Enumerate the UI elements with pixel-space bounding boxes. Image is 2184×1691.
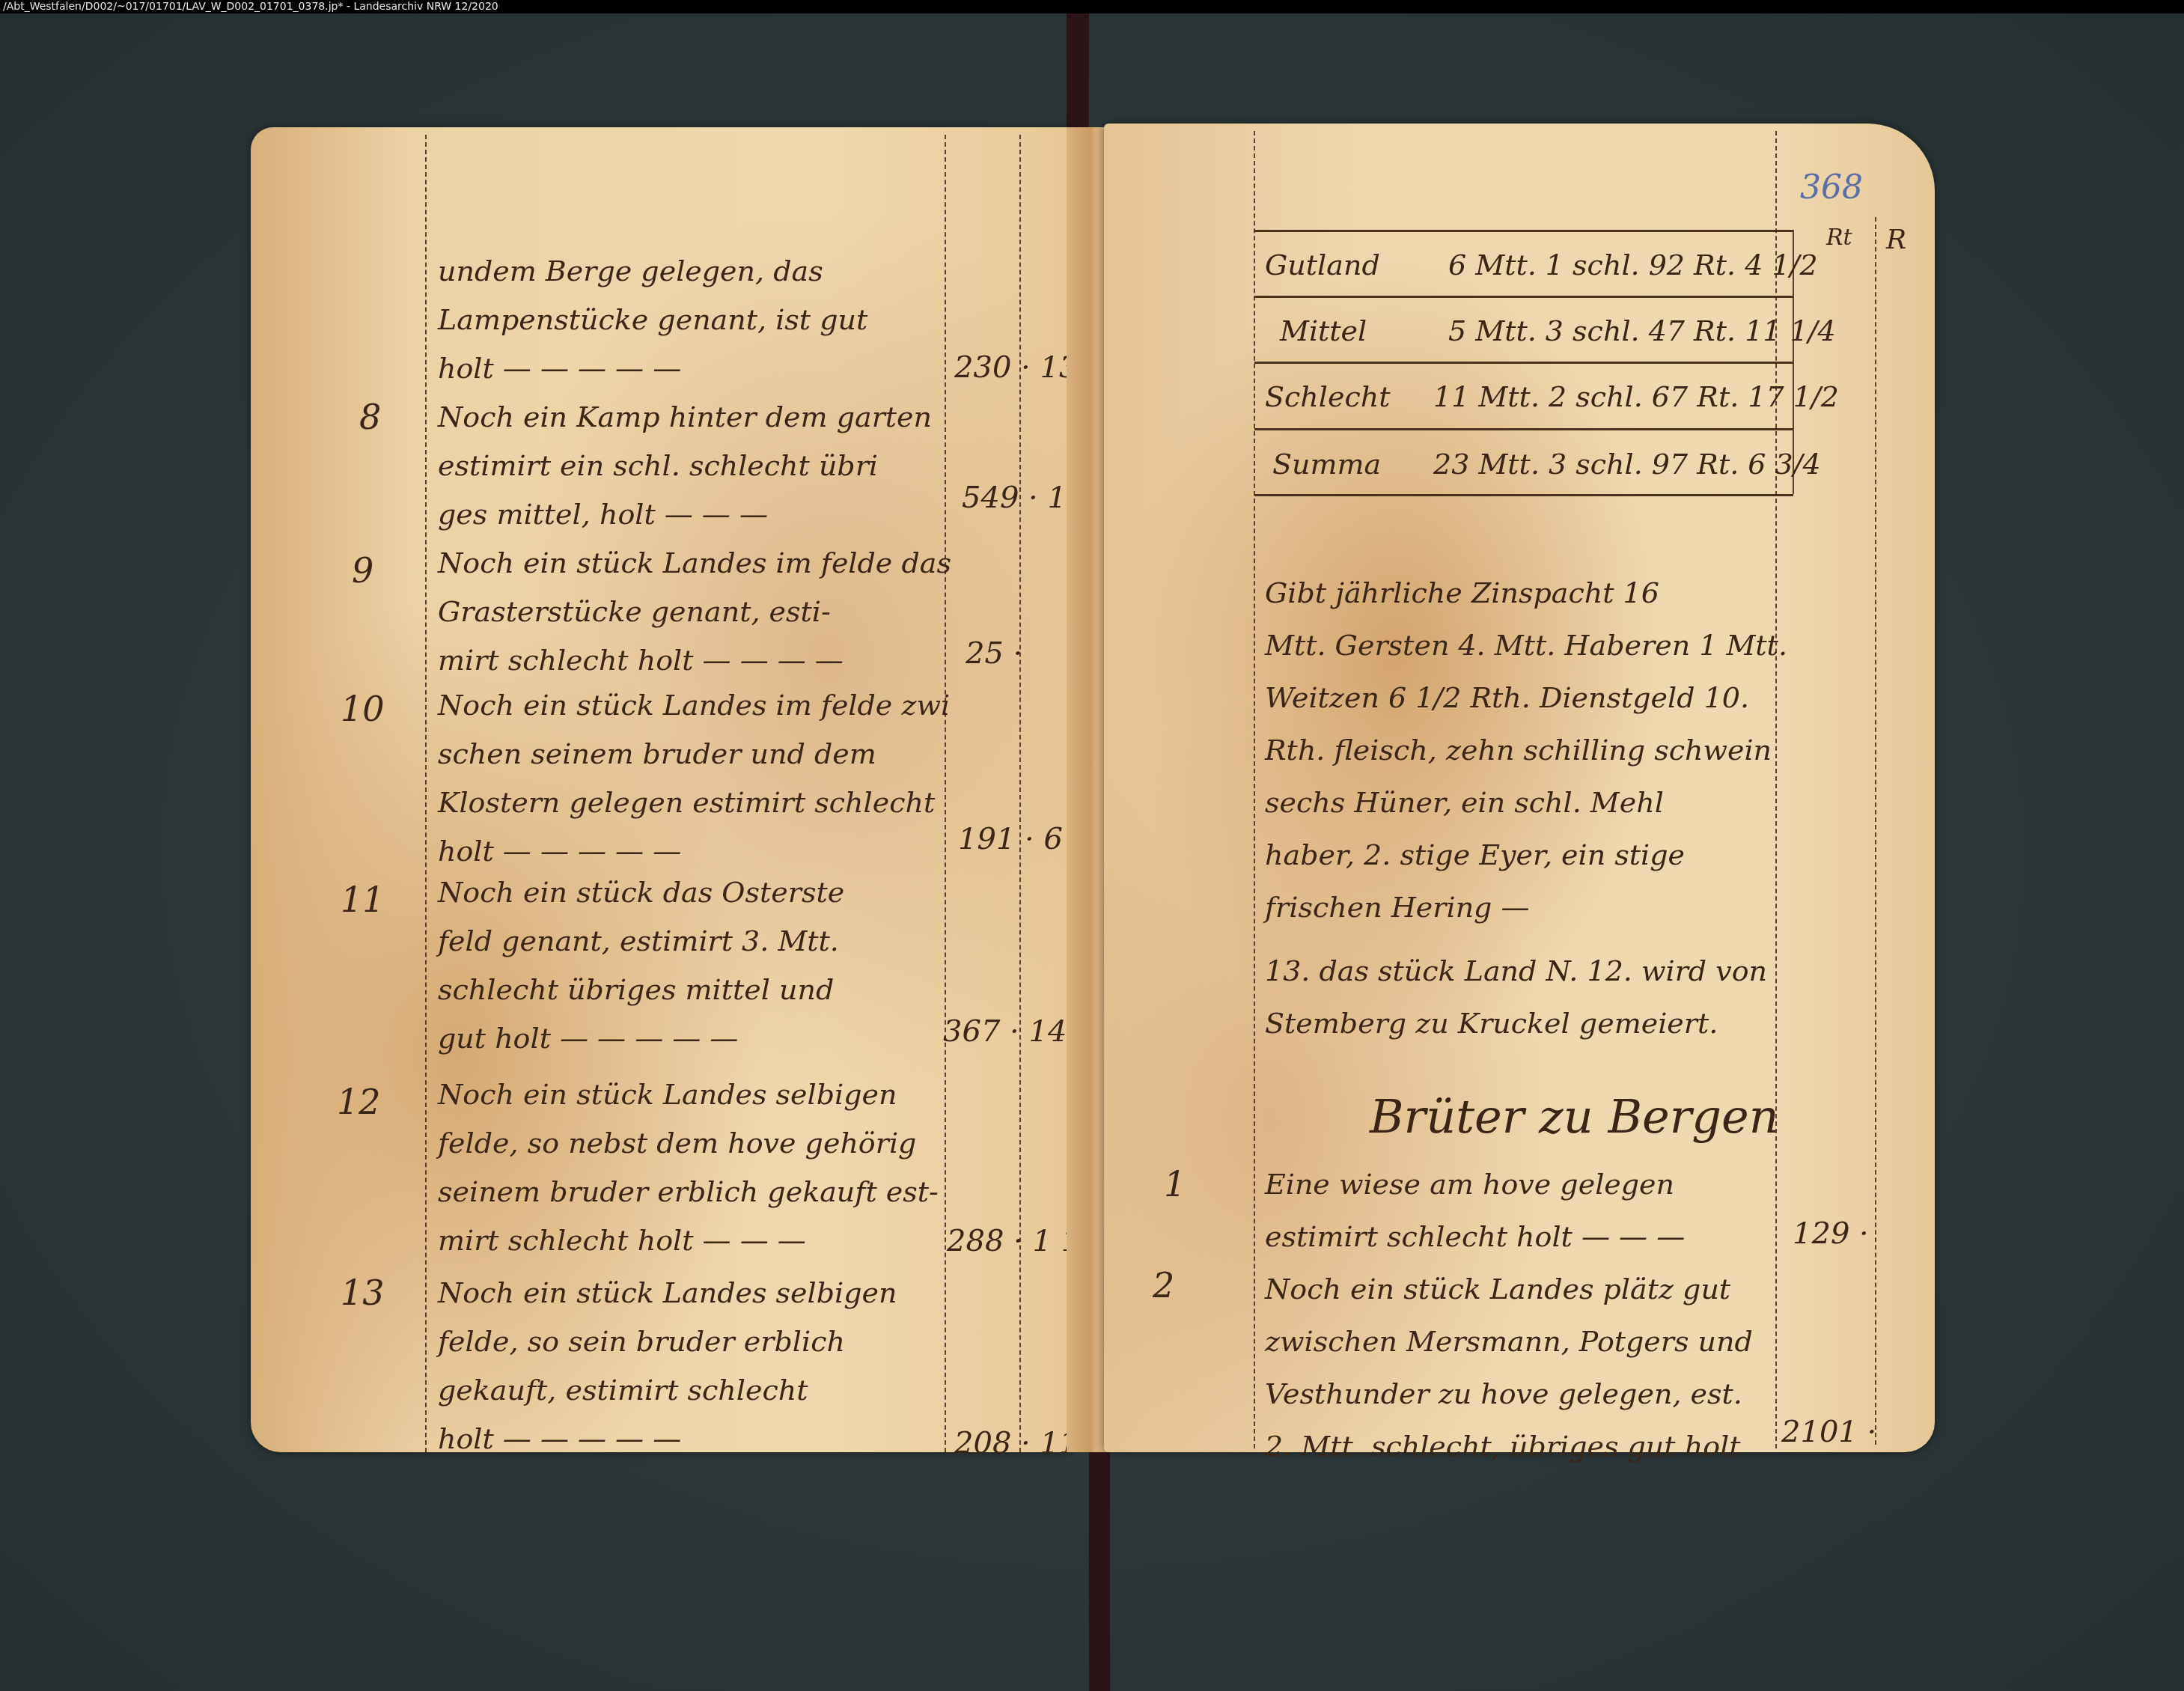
entry-line: holt — — — — —	[438, 1422, 681, 1455]
window-title-bar: /Abt_Westfalen/D002/~017/01701/LAV_W_D00…	[0, 0, 2184, 13]
paragraph-line: sechs Hüner, ein schl. Mehl	[1265, 786, 1664, 819]
entry-amount: 549 · 1	[962, 481, 1067, 515]
entry-line: felde, so nebst dem hove gehörig	[438, 1127, 916, 1160]
table-row-value: 23 Mtt. 3 schl. 97 Rt. 6 3/4	[1433, 448, 1821, 481]
entry-line: holt — — — — —	[438, 835, 681, 868]
bookmark-ribbon-bottom	[1089, 1445, 1110, 1691]
entry-line: Noch ein stück das Osterste	[438, 876, 844, 909]
entry-number: 9	[352, 550, 373, 591]
entry-amount: 2101 ·	[1781, 1415, 1876, 1449]
table-rule	[1254, 428, 1793, 430]
table-row-value: 6 Mtt. 1 schl. 92 Rt. 4 1/2	[1448, 249, 1818, 281]
column-mark-rt: Rt	[1826, 225, 1852, 251]
entry-line: feld genant, estimirt 3. Mtt.	[438, 924, 839, 957]
entry-line: mirt schlecht holt — — —	[438, 1224, 806, 1257]
entry-number: 13	[341, 1273, 385, 1313]
note-line: Stemberg zu Kruckel gemeiert.	[1265, 1007, 1718, 1040]
window-title: /Abt_Westfalen/D002/~017/01701/LAV_W_D00…	[3, 1, 498, 13]
entry-line: gut holt — — — — —	[438, 1022, 738, 1055]
table-row-value: 11 Mtt. 2 schl. 67 Rt. 17 1/2	[1433, 380, 1839, 413]
entry-line: Eine wiese am hove gelegen	[1265, 1168, 1674, 1201]
entry-number: 12	[337, 1082, 381, 1122]
entry-amount: 25 ·	[966, 636, 1022, 671]
entry-line: Noch ein stück Landes selbigen	[438, 1078, 897, 1111]
entry-number: 2	[1153, 1265, 1174, 1305]
column-mark-r: R	[1886, 225, 1906, 255]
left-page-amount-rule-1	[945, 135, 946, 1452]
table-row-value: 5 Mtt. 3 schl. 47 Rt. 11 1/4	[1448, 314, 1836, 347]
entry-line: estimirt ein schl. schlecht übri	[438, 449, 878, 482]
entry-amount: 367 · 14	[943, 1014, 1067, 1049]
entry-line: Noch ein stück Landes im felde das	[438, 546, 951, 579]
right-page-margin-rule	[1254, 131, 1255, 1448]
entry-line: Noch ein Kamp hinter dem garten	[438, 400, 932, 433]
entry-line: seinem bruder erblich gekauft est-	[438, 1175, 939, 1208]
entry-line: Noch ein stück Landes im felde zwi	[438, 689, 950, 722]
paragraph-line: haber, 2. stige Eyer, ein stige	[1265, 838, 1685, 871]
table-rule	[1254, 230, 1793, 232]
right-page-amount-rule-2	[1875, 217, 1876, 1445]
table-row-label: Gutland	[1265, 249, 1380, 281]
entry-number: 1	[1164, 1164, 1186, 1204]
entry-line: Noch ein stück Landes selbigen	[438, 1276, 897, 1309]
note-line: 13. das stück Land N. 12. wird von	[1265, 954, 1767, 987]
paragraph-line: Weitzen 6 1/2 Rth. Dienstgeld 10.	[1265, 681, 1749, 714]
table-row-label: Summa	[1272, 448, 1381, 481]
paragraph-line: Rth. fleisch, zehn schilling schwein	[1265, 734, 1772, 767]
entry-number: 8	[359, 397, 381, 437]
paragraph-line: frischen Hering —	[1265, 891, 1530, 924]
entry-line: Grasterstücke genant, esti-	[438, 595, 831, 628]
paragraph-line: Gibt jährliche Zinspacht 16	[1265, 576, 1659, 609]
table-rule	[1254, 296, 1793, 298]
table-row-label: Mittel	[1280, 314, 1367, 347]
entry-line: gekauft, estimirt schlecht	[438, 1374, 808, 1407]
section-heading: Brüter zu Bergen	[1370, 1089, 1779, 1144]
entry-amount: 208 · 11	[954, 1426, 1078, 1460]
entry-line: Klostern gelegen estimirt schlecht	[438, 786, 935, 819]
table-rule	[1254, 362, 1793, 364]
table-row-label: Schlecht	[1265, 380, 1390, 413]
entry-line: felde, so sein bruder erblich	[438, 1325, 845, 1358]
entry-number: 11	[341, 880, 385, 920]
entry-line: ges mittel, holt — — —	[438, 498, 768, 531]
entry-line: undem Berge gelegen, das	[438, 255, 823, 287]
entry-line: schen seinem bruder und dem	[438, 737, 876, 770]
entry-line: mirt schlecht holt — — — —	[438, 644, 844, 677]
left-page-margin-rule	[425, 135, 427, 1452]
entry-amount: 129 ·	[1793, 1216, 1869, 1251]
entry-line: zwischen Mersmann, Potgers und	[1265, 1325, 1753, 1358]
entry-line: Noch ein stück Landes plätz gut	[1265, 1273, 1730, 1305]
folio-number: 368	[1800, 168, 1863, 207]
paragraph-line: Mtt. Gersten 4. Mtt. Haberen 1 Mtt.	[1265, 629, 1787, 662]
entry-number: 10	[341, 689, 385, 729]
bookmark-ribbon-top	[1067, 13, 1089, 141]
entry-line: holt — — — — —	[438, 352, 681, 385]
entry-line: estimirt schlecht holt — — —	[1265, 1220, 1685, 1253]
entry-line: Vesthunder zu hove gelegen, est.	[1265, 1377, 1742, 1410]
entry-line: schlecht übriges mittel und	[438, 973, 834, 1006]
entry-line: Lampenstücke genant, ist gut	[438, 303, 867, 336]
entry-line: 2. Mtt. schlecht, übriges gut holt	[1265, 1430, 1740, 1463]
table-rule	[1254, 494, 1793, 496]
